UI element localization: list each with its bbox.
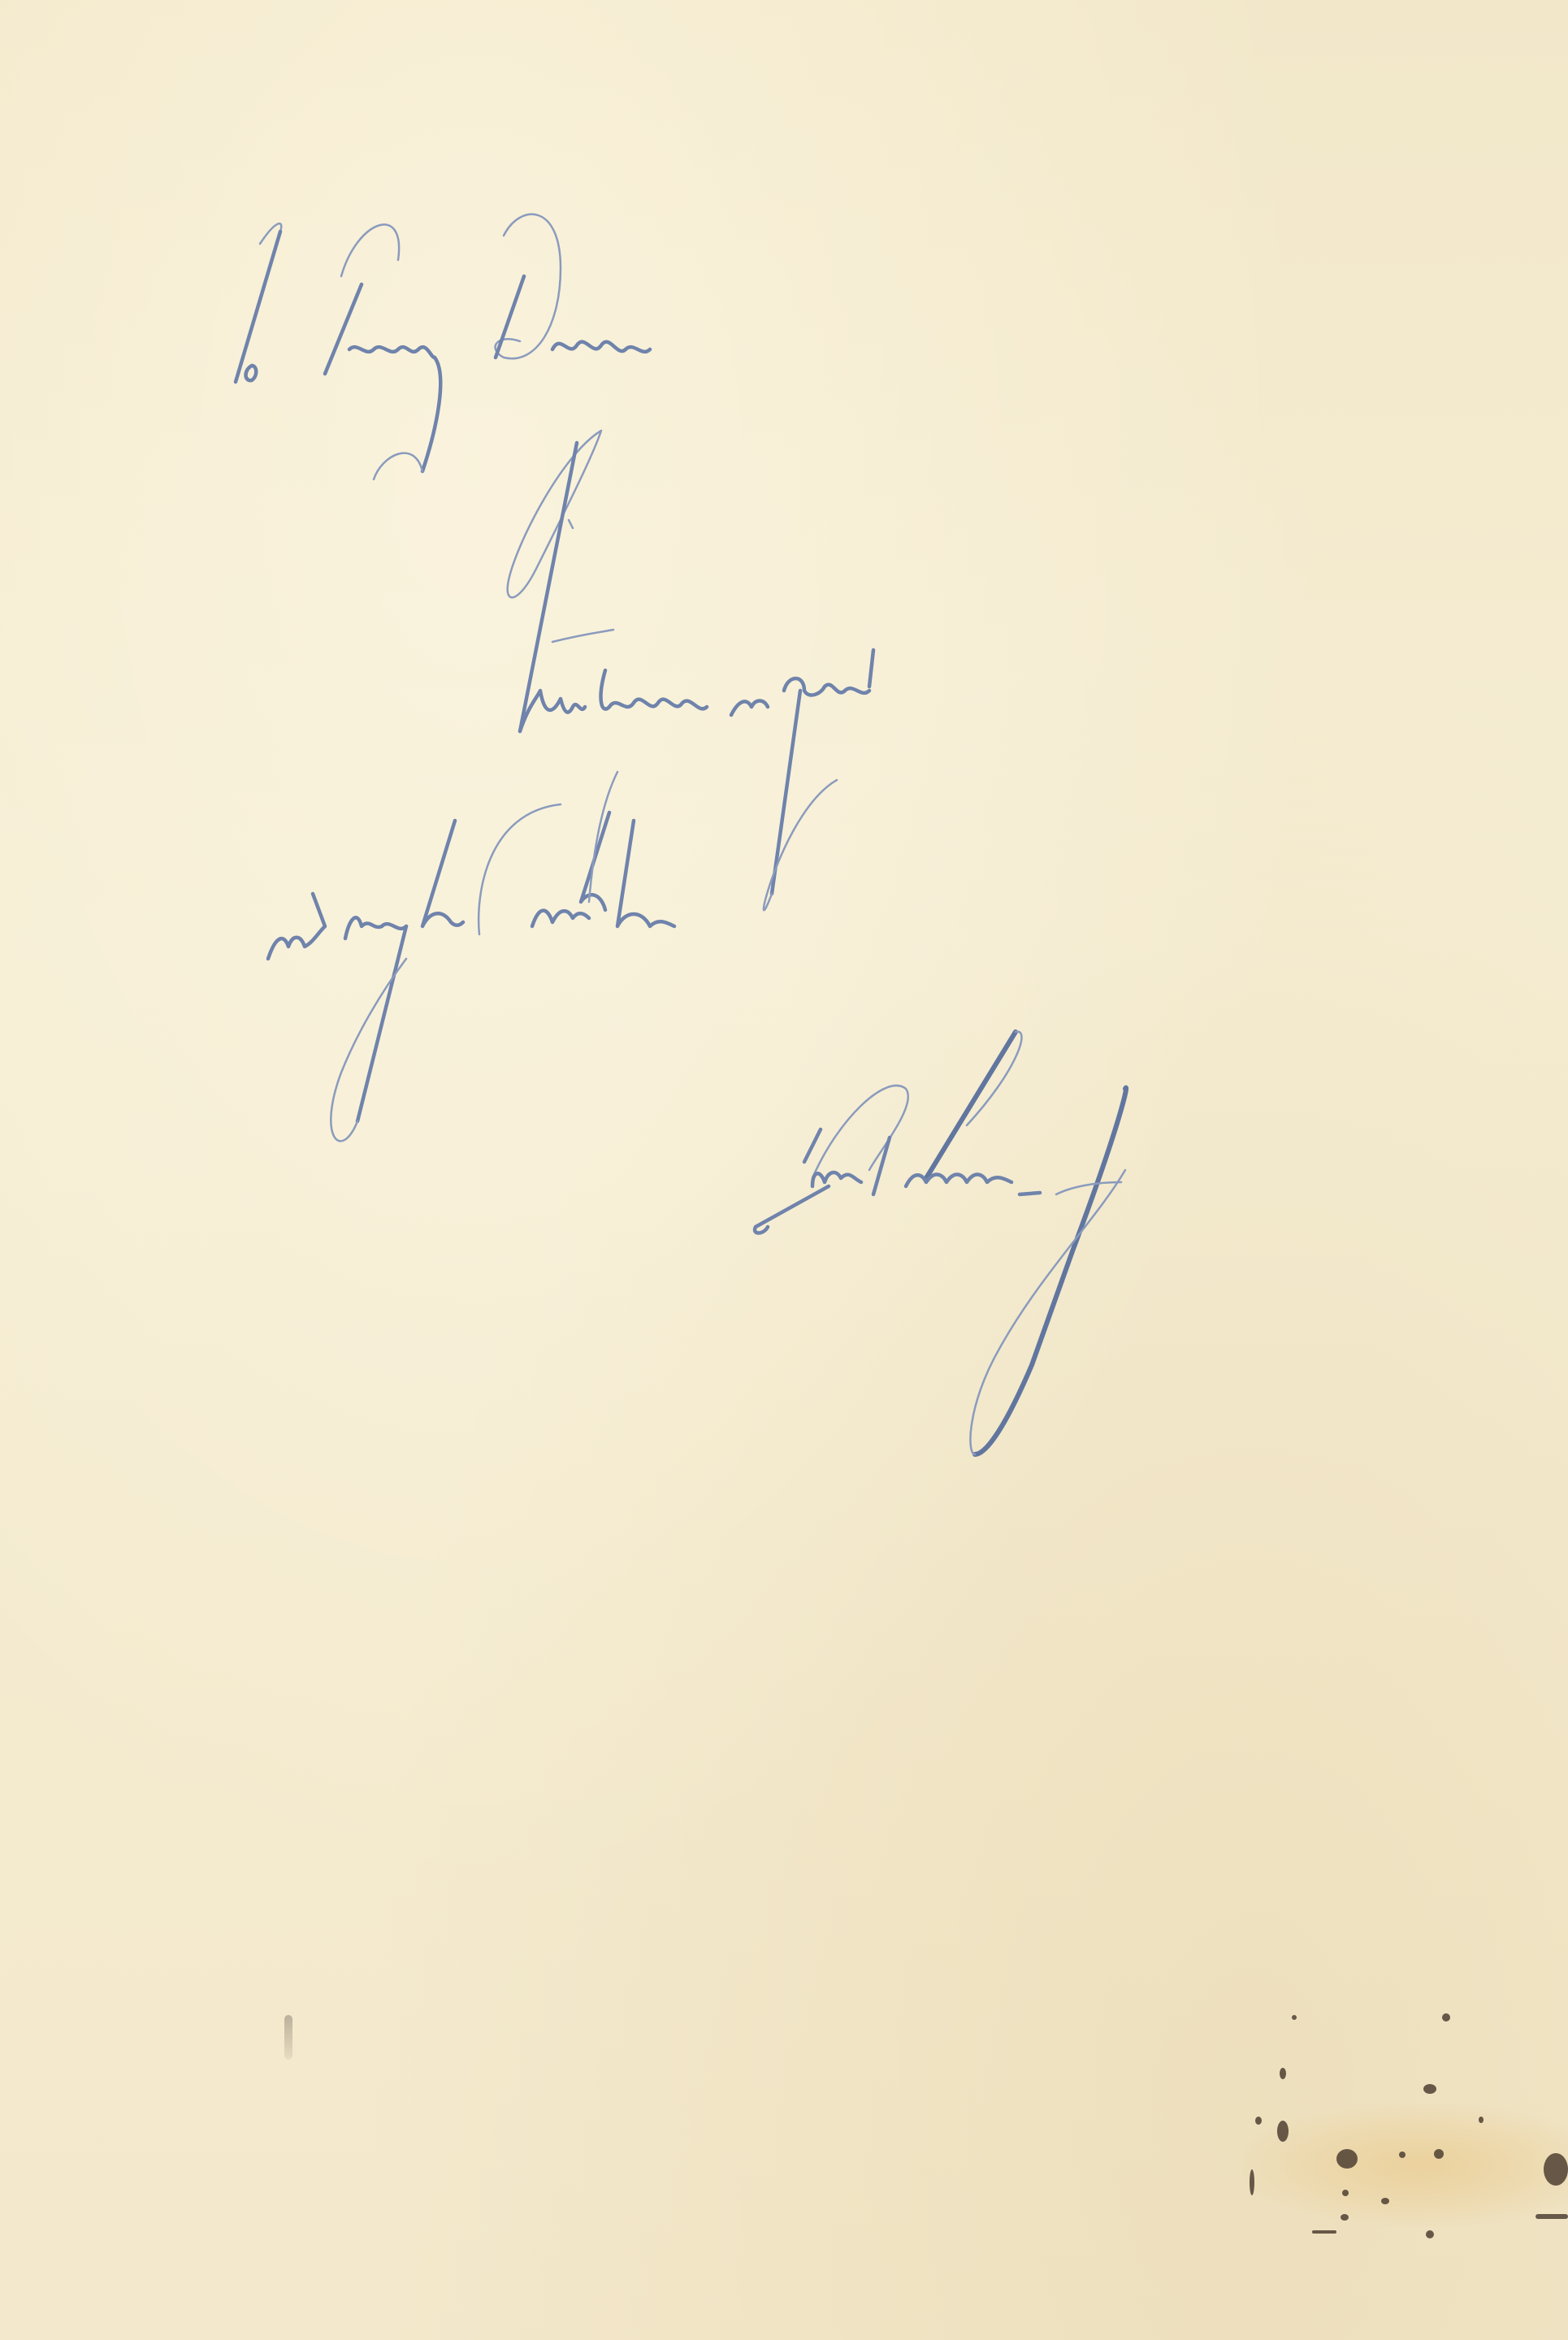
inscription-line-regards-strokes bbox=[520, 630, 873, 910]
inscription-line-of-strokes bbox=[508, 431, 601, 731]
foxing-stain bbox=[1243, 2104, 1568, 2226]
inscription-line-wishes-strokes bbox=[268, 772, 674, 1141]
paper-smudge bbox=[284, 2015, 292, 2060]
book-page: To Perry Dunn Of With warm regards and v… bbox=[0, 0, 1568, 2340]
handwriting-ink bbox=[0, 0, 1568, 2340]
signature-strokes bbox=[755, 1032, 1126, 1454]
